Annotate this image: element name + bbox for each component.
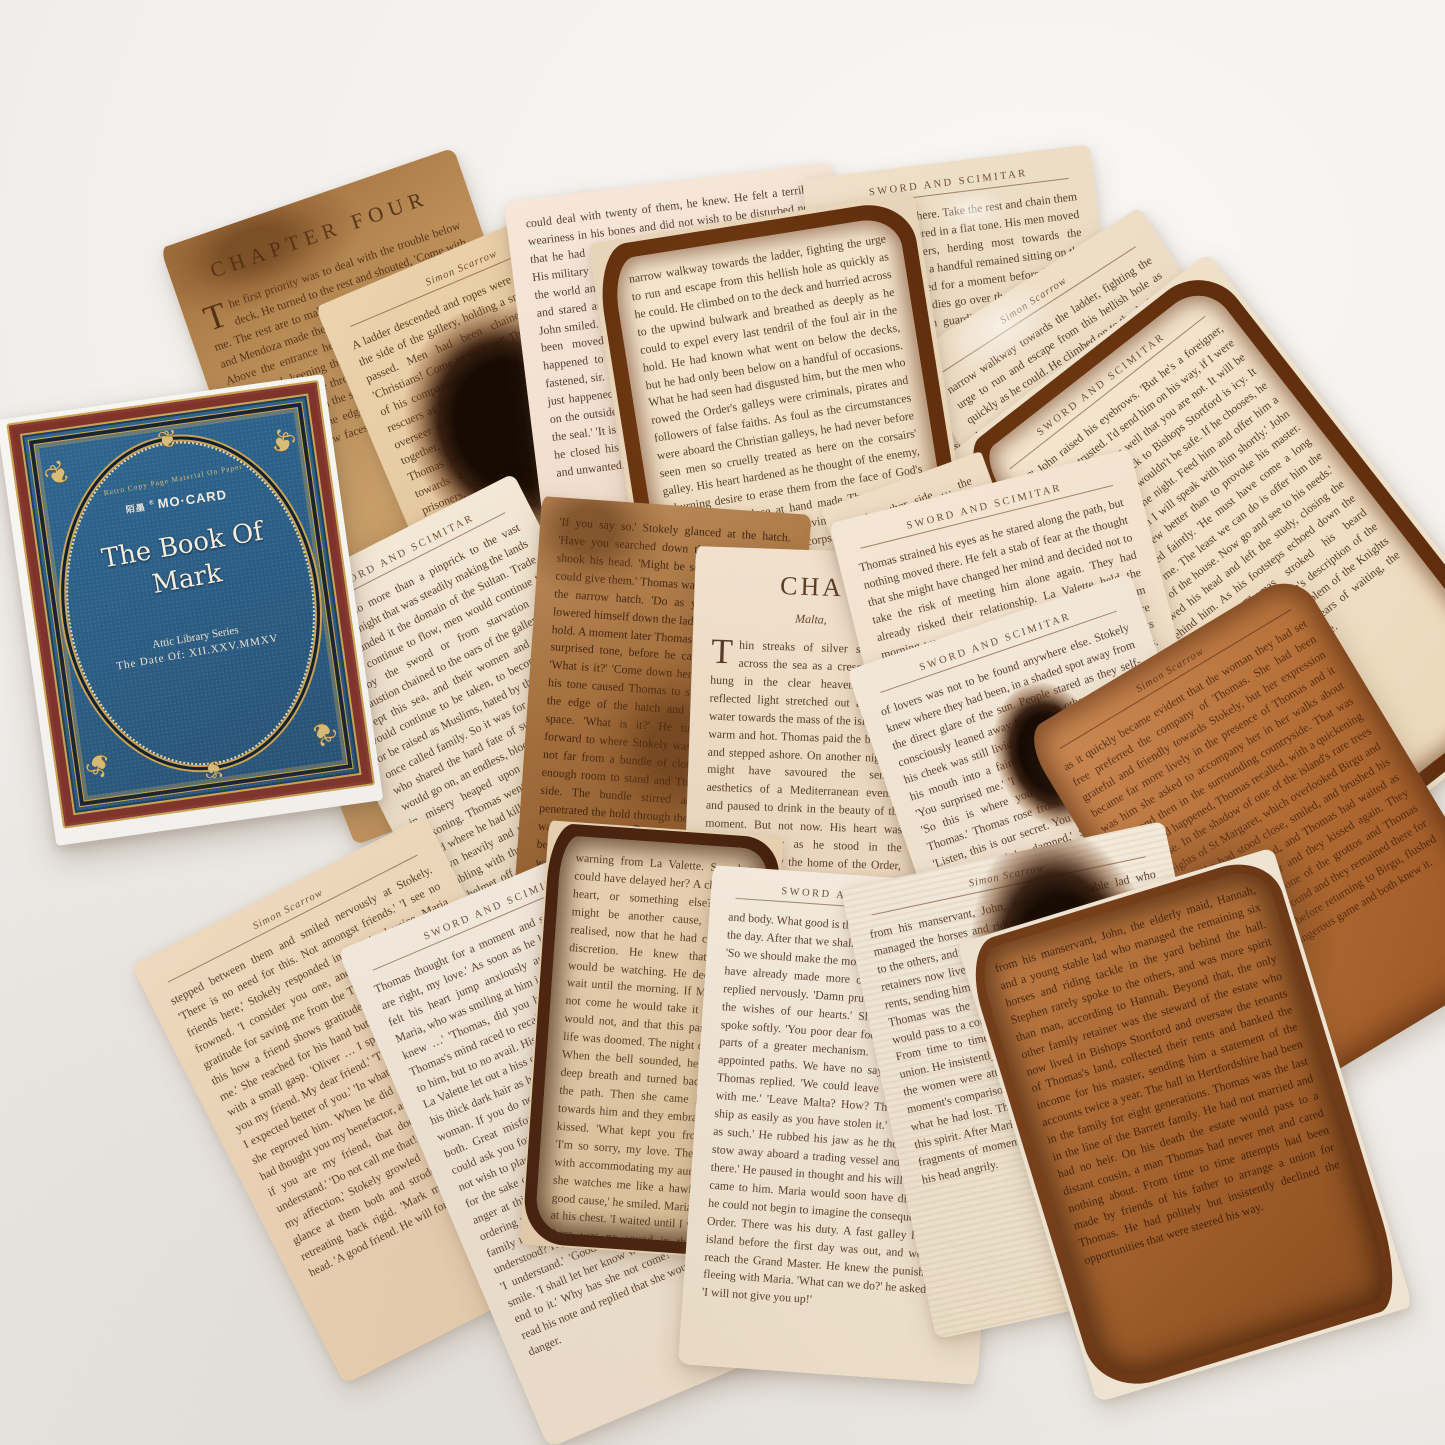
cover-front: ❦ ❦ ❦ ❦ ❦ ❦ Retro Copy Page Material On … <box>6 380 375 829</box>
cover-card: ❦ ❦ ❦ ❦ ❦ ❦ Retro Copy Page Material On … <box>0 374 383 846</box>
brand-name: MO·CARD <box>157 487 228 512</box>
product-photo-scene: suddenly spread over the white sail and … <box>0 0 1445 1445</box>
cover-content: Retro Copy Page Material On Paper 陌墨®MO·… <box>9 382 373 826</box>
registered-mark: ® <box>149 500 155 507</box>
brand-cjk-seal: 陌墨 <box>125 502 146 515</box>
